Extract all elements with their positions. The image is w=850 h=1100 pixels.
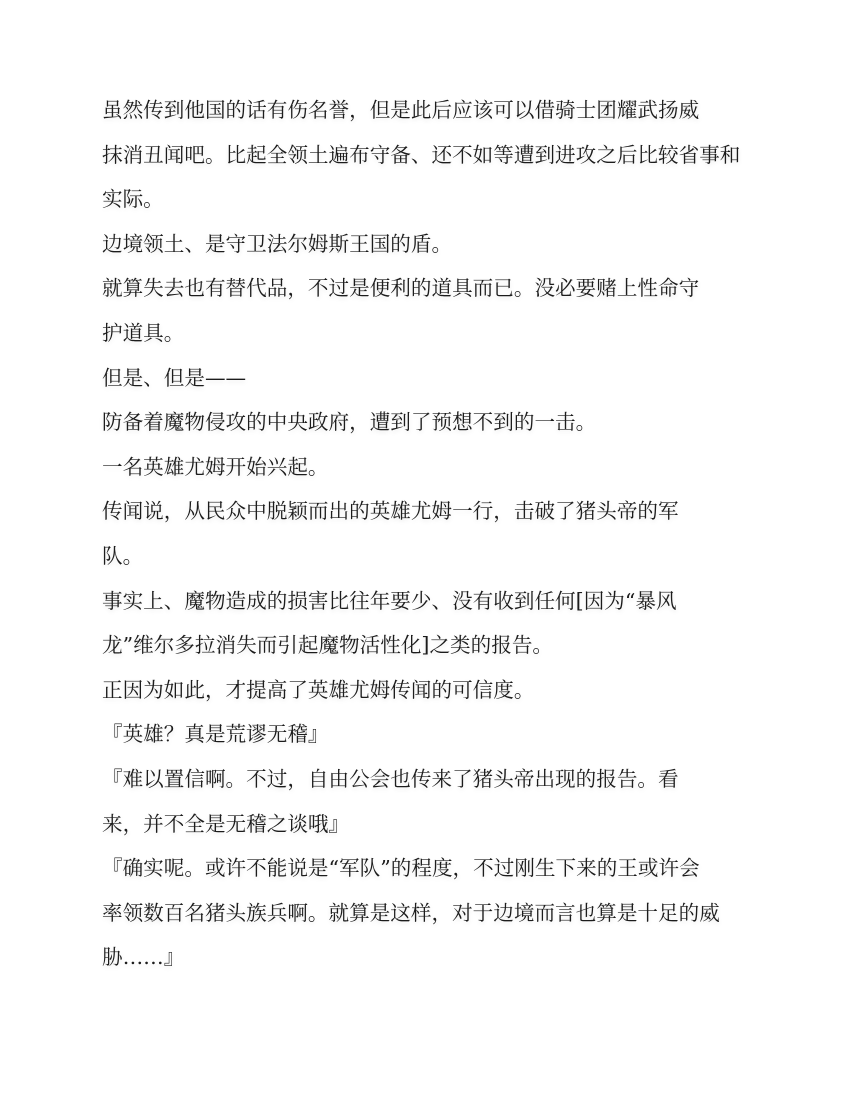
text-line: 一名英雄尤姆开始兴起。 <box>102 445 802 490</box>
paragraph: 就算失去也有替代品，不过是便利的道具而已。没必要赌上性命守 护道具。 <box>102 266 802 355</box>
text-line: 事实上、魔物造成的损害比往年要少、没有收到任何[因为“暴风 <box>102 579 802 624</box>
text-line: 抹消丑闻吧。比起全领土遍布守备、还不如等遭到进攻之后比较省事和 <box>102 133 802 178</box>
text-line: 『确实呢。或许不能说是“军队”的程度，不过刚生下来的王或许会 <box>102 846 802 891</box>
dialogue-paragraph: 『难以置信啊。不过，自由公会也传来了猪头帝出现的报告。看 来，并不全是无稽之谈哦… <box>102 757 802 846</box>
document-page: 虽然传到他国的话有伤名誉，但是此后应该可以借骑士团耀武扬威 抹消丑闻吧。比起全领… <box>0 0 850 1100</box>
text-line: 正因为如此，才提高了英雄尤姆传闻的可信度。 <box>102 668 802 713</box>
body-text: 虽然传到他国的话有伤名誉，但是此后应该可以借骑士团耀武扬威 抹消丑闻吧。比起全领… <box>102 88 802 980</box>
paragraph: 正因为如此，才提高了英雄尤姆传闻的可信度。 <box>102 668 802 713</box>
text-line: 率领数百名猪头族兵啊。就算是这样，对于边境而言也算是十足的威 <box>102 891 802 936</box>
paragraph: 一名英雄尤姆开始兴起。 <box>102 445 802 490</box>
paragraph: 传闻说，从民众中脱颖而出的英雄尤姆一行，击破了猪头帝的军 队。 <box>102 489 802 578</box>
text-line: 龙”维尔多拉消失而引起魔物活性化]之类的报告。 <box>102 623 802 668</box>
text-line: 『英雄？真是荒谬无稽』 <box>102 712 802 757</box>
text-line: 队。 <box>102 534 802 579</box>
text-line: 胁……』 <box>102 935 802 980</box>
paragraph: 但是、但是—— <box>102 356 802 401</box>
paragraph: 事实上、魔物造成的损害比往年要少、没有收到任何[因为“暴风 龙”维尔多拉消失而引… <box>102 579 802 668</box>
dialogue-paragraph: 『确实呢。或许不能说是“军队”的程度，不过刚生下来的王或许会 率领数百名猪头族兵… <box>102 846 802 980</box>
paragraph: 虽然传到他国的话有伤名誉，但是此后应该可以借骑士团耀武扬威 抹消丑闻吧。比起全领… <box>102 88 802 222</box>
paragraph: 边境领土、是守卫法尔姆斯王国的盾。 <box>102 222 802 267</box>
text-line: 虽然传到他国的话有伤名誉，但是此后应该可以借骑士团耀武扬威 <box>102 88 802 133</box>
text-line: 传闻说，从民众中脱颖而出的英雄尤姆一行，击破了猪头帝的军 <box>102 489 802 534</box>
text-line: 边境领土、是守卫法尔姆斯王国的盾。 <box>102 222 802 267</box>
text-line: 来，并不全是无稽之谈哦』 <box>102 802 802 847</box>
text-line: 防备着魔物侵攻的中央政府，遭到了预想不到的一击。 <box>102 400 802 445</box>
paragraph: 防备着魔物侵攻的中央政府，遭到了预想不到的一击。 <box>102 400 802 445</box>
text-line: 『难以置信啊。不过，自由公会也传来了猪头帝出现的报告。看 <box>102 757 802 802</box>
text-line: 实际。 <box>102 177 802 222</box>
text-line: 就算失去也有替代品，不过是便利的道具而已。没必要赌上性命守 <box>102 266 802 311</box>
text-line: 但是、但是—— <box>102 356 802 401</box>
text-line: 护道具。 <box>102 311 802 356</box>
dialogue-paragraph: 『英雄？真是荒谬无稽』 <box>102 712 802 757</box>
